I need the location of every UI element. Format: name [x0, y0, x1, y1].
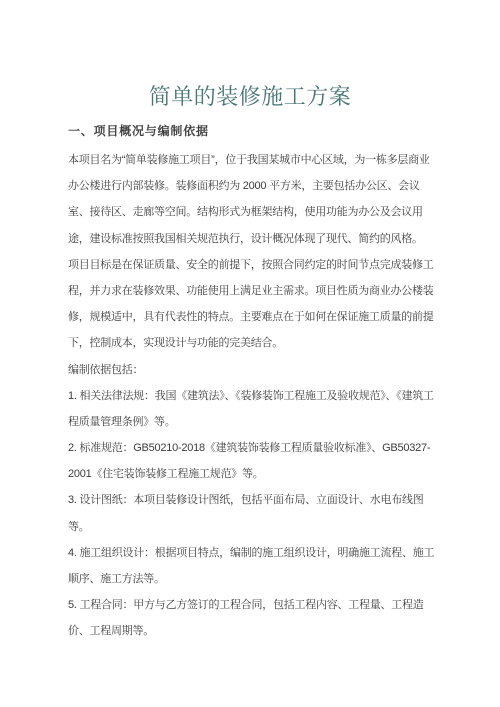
body-line: 等。	[68, 514, 436, 540]
section-heading: 一、项目概况与编制依据	[68, 124, 209, 139]
document-body: 本项目名为“简单装修施工项目”，位于我国某城市中心区域，为一栋多层商业办公楼进行…	[68, 147, 436, 645]
body-line: 价、工程周期等。	[68, 618, 436, 644]
body-line: 顺序、施工方法等。	[68, 566, 436, 592]
body-line: 途，建设标准按照我国相关规范执行，设计概况体现了现代、简约的风格。	[68, 226, 436, 252]
body-line: 修，规模适中，具有代表性的特点。主要难点在于如何在保证施工质量的前提	[68, 304, 436, 330]
body-line: 4. 施工组织设计：根据项目特点，编制的施工组织设计，明确施工流程、施工	[68, 540, 436, 566]
body-line: 2001《住宅装饰装修工程施工规范》等。	[68, 461, 436, 487]
body-line: 程质量管理条例》等。	[68, 409, 436, 435]
body-line: 室、接待区、走廊等空间。结构形式为框架结构，使用功能为办公及会议用	[68, 199, 436, 225]
body-line: 2. 标准规范：GB50210-2018《建筑装饰装修工程质量验收标准》、GB5…	[68, 435, 436, 461]
document-page: 简单的装修施工方案 一、项目概况与编制依据 本项目名为“简单装修施工项目”，位于…	[0, 0, 500, 707]
document-title: 简单的装修施工方案	[0, 82, 500, 112]
body-line: 项目目标是在保证质量、安全的前提下，按照合同约定的时间节点完成装修工	[68, 252, 436, 278]
body-line: 程，并力求在装修效果、功能使用上满足业主需求。项目性质为商业办公楼装	[68, 278, 436, 304]
body-line: 编制依据包括：	[68, 357, 436, 383]
body-line: 下，控制成本，实现设计与功能的完美结合。	[68, 330, 436, 356]
body-line: 5. 工程合同：甲方与乙方签订的工程合同，包括工程内容、工程量、工程造	[68, 592, 436, 618]
body-line: 办公楼进行内部装修。装修面积约为 2000 平方米，主要包括办公区、会议	[68, 173, 436, 199]
body-line: 3. 设计图纸：本项目装修设计图纸，包括平面布局、立面设计、水电布线图	[68, 487, 436, 513]
body-line: 本项目名为“简单装修施工项目”，位于我国某城市中心区域，为一栋多层商业	[68, 147, 436, 173]
body-line: 1. 相关法律法规：我国《建筑法》、《装修装饰工程施工及验收规范》、《建筑工	[68, 383, 436, 409]
